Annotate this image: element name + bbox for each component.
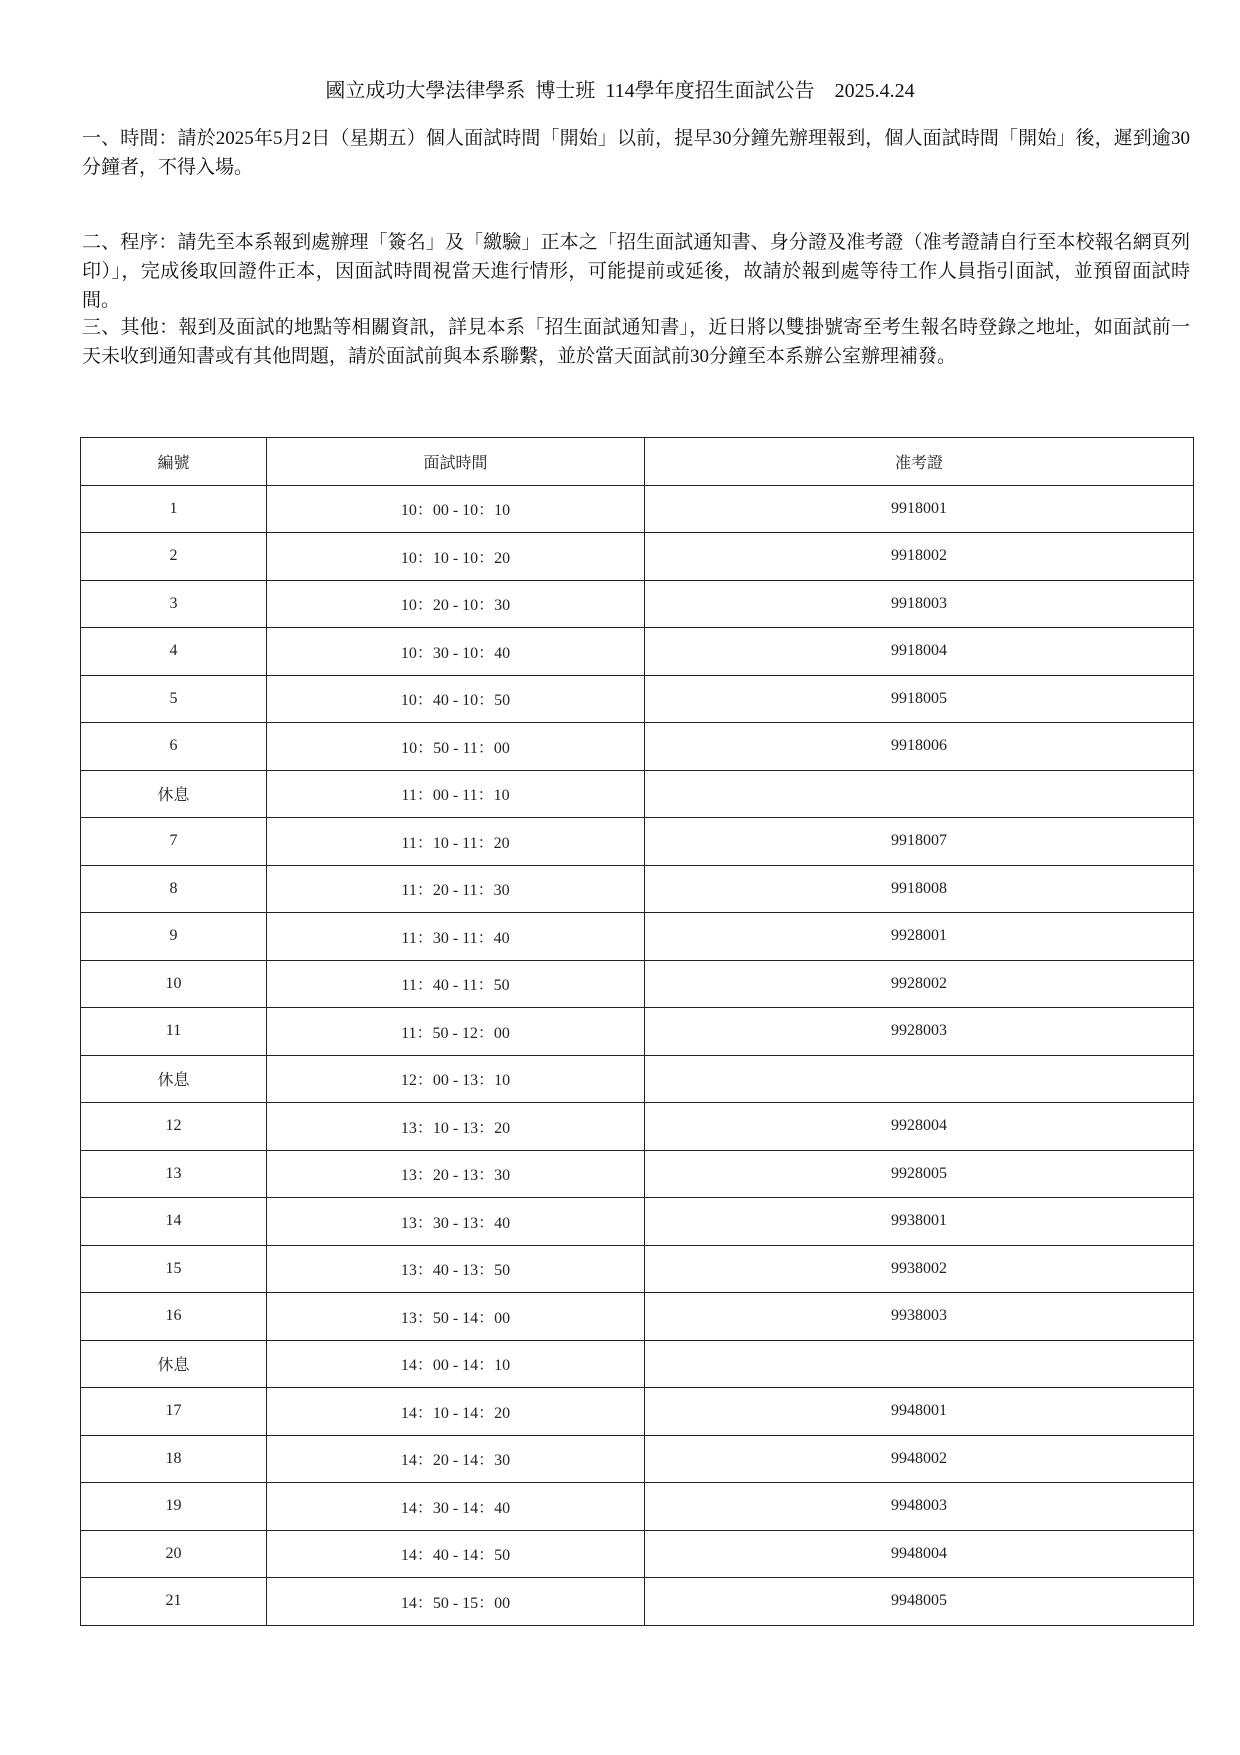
- cell-admission-ticket: 9938002: [645, 1245, 1194, 1293]
- cell-number: 休息: [81, 770, 267, 818]
- table-row: 410：30 - 10：409918004: [81, 628, 1194, 676]
- cell-admission-ticket: 9918003: [645, 580, 1194, 628]
- table-row: 1213：10 - 13：209928004: [81, 1103, 1194, 1151]
- page-title: 國立成功大學法律學系 博士班 114學年度招生面試公告 2025.4.24: [0, 74, 1240, 103]
- cell-number: 18: [81, 1435, 267, 1483]
- cell-interview-time: 14：00 - 14：10: [267, 1340, 645, 1388]
- cell-admission-ticket: 9948003: [645, 1483, 1194, 1531]
- cell-admission-ticket: 9948005: [645, 1578, 1194, 1626]
- cell-interview-time: 13：10 - 13：20: [267, 1103, 645, 1151]
- table-row: 510：40 - 10：509918005: [81, 675, 1194, 723]
- table-row-break: 休息11：00 - 11：10: [81, 770, 1194, 818]
- cell-number: 12: [81, 1103, 267, 1151]
- cell-admission-ticket: 9918001: [645, 485, 1194, 533]
- cell-interview-time: 12：00 - 13：10: [267, 1055, 645, 1103]
- cell-number: 13: [81, 1150, 267, 1198]
- cell-interview-time: 11：40 - 11：50: [267, 960, 645, 1008]
- cell-admission-ticket: 9928004: [645, 1103, 1194, 1151]
- cell-interview-time: 13：30 - 13：40: [267, 1198, 645, 1246]
- cell-number: 1: [81, 485, 267, 533]
- cell-admission-ticket: [645, 1055, 1194, 1103]
- table-row: 911：30 - 11：409928001: [81, 913, 1194, 961]
- cell-admission-ticket: 9918007: [645, 818, 1194, 866]
- cell-number: 8: [81, 865, 267, 913]
- cell-admission-ticket: 9938003: [645, 1293, 1194, 1341]
- table-row: 210：10 - 10：209918002: [81, 533, 1194, 581]
- table-row: 711：10 - 11：209918007: [81, 818, 1194, 866]
- cell-interview-time: 11：00 - 11：10: [267, 770, 645, 818]
- cell-number: 19: [81, 1483, 267, 1531]
- cell-interview-time: 10：50 - 11：00: [267, 723, 645, 771]
- title-announcement: 114學年度招生面試公告: [605, 80, 814, 102]
- cell-number: 2: [81, 533, 267, 581]
- cell-interview-time: 11：20 - 11：30: [267, 865, 645, 913]
- table-row: 1814：20 - 14：309948002: [81, 1435, 1194, 1483]
- cell-admission-ticket: 9918005: [645, 675, 1194, 723]
- cell-number: 7: [81, 818, 267, 866]
- cell-number: 10: [81, 960, 267, 1008]
- header-admission-ticket: 准考證: [645, 438, 1194, 486]
- table-row: 2014：40 - 14：509948004: [81, 1530, 1194, 1578]
- cell-interview-time: 13：50 - 14：00: [267, 1293, 645, 1341]
- title-department: 國立成功大學法律學系: [325, 80, 525, 102]
- cell-admission-ticket: 9948001: [645, 1388, 1194, 1436]
- cell-number: 4: [81, 628, 267, 676]
- cell-number: 6: [81, 723, 267, 771]
- table-row: 110：00 - 10：109918001: [81, 485, 1194, 533]
- cell-interview-time: 11：10 - 11：20: [267, 818, 645, 866]
- table-row: 1313：20 - 13：309928005: [81, 1150, 1194, 1198]
- table-header-row: 編號 面試時間 准考證: [81, 438, 1194, 486]
- paragraph-time: 一、時間：請於2025年5月2日（星期五）個人面試時間「開始」以前，提早30分鐘…: [82, 124, 1190, 182]
- table-row: 1111：50 - 12：009928003: [81, 1008, 1194, 1056]
- cell-admission-ticket: 9928002: [645, 960, 1194, 1008]
- cell-interview-time: 14：40 - 14：50: [267, 1530, 645, 1578]
- cell-admission-ticket: 9918006: [645, 723, 1194, 771]
- cell-admission-ticket: [645, 1340, 1194, 1388]
- cell-admission-ticket: 9918004: [645, 628, 1194, 676]
- cell-interview-time: 10：20 - 10：30: [267, 580, 645, 628]
- cell-interview-time: 14：20 - 14：30: [267, 1435, 645, 1483]
- header-interview-time: 面試時間: [267, 438, 645, 486]
- header-number: 編號: [81, 438, 267, 486]
- cell-number: 17: [81, 1388, 267, 1436]
- cell-number: 3: [81, 580, 267, 628]
- title-date: 2025.4.24: [835, 80, 915, 102]
- cell-interview-time: 10：40 - 10：50: [267, 675, 645, 723]
- table-row: 1011：40 - 11：509928002: [81, 960, 1194, 1008]
- cell-interview-time: 14：30 - 14：40: [267, 1483, 645, 1531]
- cell-number: 14: [81, 1198, 267, 1246]
- paragraph-other: 三、其他：報到及面試的地點等相關資訊，詳見本系「招生面試通知書」，近日將以雙掛號…: [82, 313, 1190, 371]
- cell-number: 16: [81, 1293, 267, 1341]
- cell-interview-time: 13：40 - 13：50: [267, 1245, 645, 1293]
- paragraph-procedure: 二、程序：請先至本系報到處辦理「簽名」及「繳驗」正本之「招生面試通知書、身分證及…: [82, 228, 1190, 315]
- table-row: 1714：10 - 14：209948001: [81, 1388, 1194, 1436]
- table-row: 1914：30 - 14：409948003: [81, 1483, 1194, 1531]
- table-row: 2114：50 - 15：009948005: [81, 1578, 1194, 1626]
- cell-number: 21: [81, 1578, 267, 1626]
- cell-number: 休息: [81, 1055, 267, 1103]
- table-row-break: 休息14：00 - 14：10: [81, 1340, 1194, 1388]
- cell-number: 11: [81, 1008, 267, 1056]
- cell-admission-ticket: [645, 770, 1194, 818]
- table-row: 1613：50 - 14：009938003: [81, 1293, 1194, 1341]
- cell-interview-time: 14：10 - 14：20: [267, 1388, 645, 1436]
- table-row: 1413：30 - 13：409938001: [81, 1198, 1194, 1246]
- cell-admission-ticket: 9928003: [645, 1008, 1194, 1056]
- table-row: 1513：40 - 13：509938002: [81, 1245, 1194, 1293]
- cell-number: 5: [81, 675, 267, 723]
- table-row: 811：20 - 11：309918008: [81, 865, 1194, 913]
- cell-interview-time: 14：50 - 15：00: [267, 1578, 645, 1626]
- cell-number: 9: [81, 913, 267, 961]
- interview-schedule-table: 編號 面試時間 准考證 110：00 - 10：109918001210：10 …: [80, 437, 1194, 1626]
- cell-admission-ticket: 9928001: [645, 913, 1194, 961]
- cell-number: 休息: [81, 1340, 267, 1388]
- cell-admission-ticket: 9948004: [645, 1530, 1194, 1578]
- cell-admission-ticket: 9948002: [645, 1435, 1194, 1483]
- cell-admission-ticket: 9928005: [645, 1150, 1194, 1198]
- table-row-break: 休息12：00 - 13：10: [81, 1055, 1194, 1103]
- cell-interview-time: 10：00 - 10：10: [267, 485, 645, 533]
- cell-admission-ticket: 9918008: [645, 865, 1194, 913]
- cell-interview-time: 10：10 - 10：20: [267, 533, 645, 581]
- cell-interview-time: 11：50 - 12：00: [267, 1008, 645, 1056]
- cell-interview-time: 13：20 - 13：30: [267, 1150, 645, 1198]
- title-program: 博士班: [535, 80, 595, 102]
- cell-interview-time: 11：30 - 11：40: [267, 913, 645, 961]
- cell-admission-ticket: 9938001: [645, 1198, 1194, 1246]
- table-row: 310：20 - 10：309918003: [81, 580, 1194, 628]
- cell-interview-time: 10：30 - 10：40: [267, 628, 645, 676]
- cell-number: 15: [81, 1245, 267, 1293]
- cell-number: 20: [81, 1530, 267, 1578]
- cell-admission-ticket: 9918002: [645, 533, 1194, 581]
- table-row: 610：50 - 11：009918006: [81, 723, 1194, 771]
